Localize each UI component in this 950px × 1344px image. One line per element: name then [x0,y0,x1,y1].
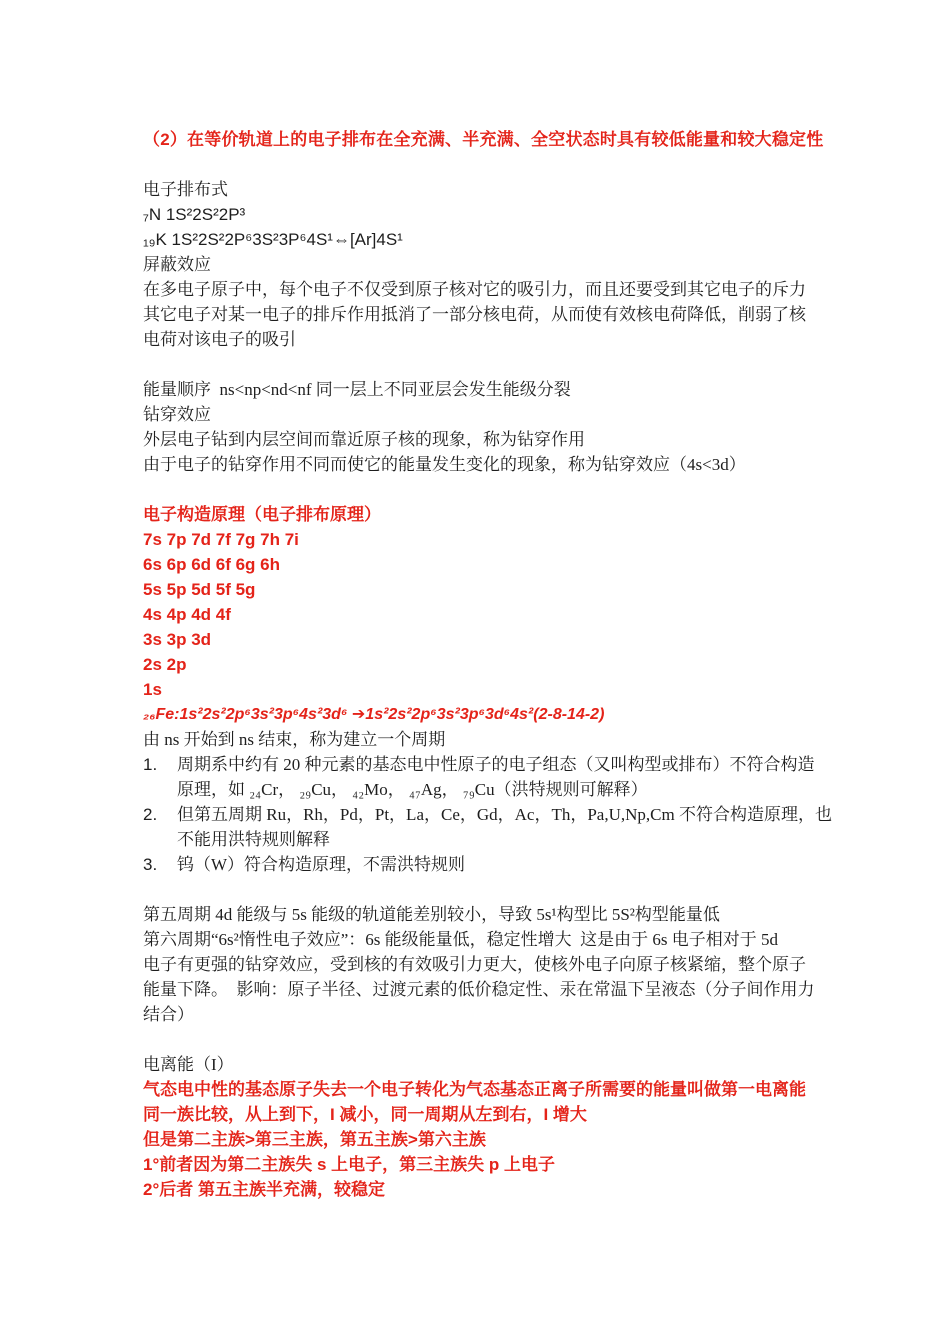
highlight-red-line: 7s 7p 7d 7f 7g 7h 7i [143,527,835,552]
blank-line [143,1027,835,1052]
body-text-line: 由 ns 开始到 ns 结束，称为建立一个周期 [143,727,835,752]
blank-line [143,877,835,902]
document-content: （2）在等价轨道上的电子排布在全充满、半充满、全空状态时具有较低能量和较大稳定性… [0,0,950,1202]
list-item-continuation: 原理，如 ₂₄Cr， ₂₉Cu， ₄₂Mo， ₄₇Ag， ₇₉Cu（洪特规则可解… [143,777,835,802]
electron-configuration-line: ₁₉K 1S²2S²2P⁶3S²3P⁶4S¹⇔[Ar]4S¹ [143,227,835,252]
electron-configuration-line: ₇N 1S²2S²2P³ [143,202,835,227]
list-item: 3.钨（W）符合构造原理，不需洪特规则 [143,852,835,877]
list-item: 1.周期系中约有 20 种元素的基态电中性原子的电子组态（又叫构型或排布）不符合… [143,752,835,777]
highlight-red-line: 2s 2p [143,652,835,677]
body-text-line: 其它电子对某一电子的排斥作用抵消了一部分核电荷，从而使有效核电荷降低，削弱了核 [143,302,835,327]
highlight-red-line: 同一族比较，从上到下，I 减小，同一周期从左到右，I 增大 [143,1102,835,1127]
body-text-line: 外层电子钻到内层空间而靠近原子核的现象，称为钻穿作用 [143,427,835,452]
body-text-line: 结合） [143,1002,835,1027]
list-item-text: 钨（W）符合构造原理，不需洪特规则 [177,852,835,877]
list-number: 2. [143,802,177,827]
body-text-line: 电荷对该电子的吸引 [143,327,835,352]
list-item: 2.但第五周期 Ru，Rh，Pd，Pt，La，Ce，Gd，Ac，Th，Pa,U,… [143,802,835,827]
body-text-line: 钻穿效应 [143,402,835,427]
highlight-red-line: 1°前者因为第二主族失 s 上电子，第三主族失 p 上电子 [143,1152,835,1177]
section-heading: （2）在等价轨道上的电子排布在全充满、半充满、全空状态时具有较低能量和较大稳定性 [143,127,835,152]
list-item-continuation: 不能用洪特规则解释 [143,827,835,852]
list-number: 3. [143,852,177,877]
highlight-red-line: 4s 4p 4d 4f [143,602,835,627]
fe-configuration-line: ₂₆Fe:1s²2s²2p⁶3s²3p⁶4s²3d⁶ ➔1s²2s²2p⁶3s²… [143,702,835,727]
highlight-red-line: 3s 3p 3d [143,627,835,652]
body-text-line: 由于电子的钻穿作用不同而使它的能量发生变化的现象，称为钻穿效应（4s<3d） [143,452,835,477]
highlight-red-line: 1s [143,677,835,702]
highlight-red-line: 电子构造原理（电子排布原理） [143,502,835,527]
body-text-line: 电子排布式 [143,177,835,202]
blank-line [143,477,835,502]
highlight-red-line: 5s 5p 5d 5f 5g [143,577,835,602]
body-text-line: 屏蔽效应 [143,252,835,277]
body-text-line: 能量顺序 ns<np<nd<nf 同一层上不同亚层会发生能级分裂 [143,377,835,402]
list-item-text: 但第五周期 Ru，Rh，Pd，Pt，La，Ce，Gd，Ac，Th，Pa,U,Np… [177,802,835,827]
highlight-red-line: 2°后者 第五主族半充满，较稳定 [143,1177,835,1202]
body-text-line: 电子有更强的钻穿效应，受到核的有效吸引力更大，使核外电子向原子核紧缩，整个原子 [143,952,835,977]
list-item-text: 周期系中约有 20 种元素的基态电中性原子的电子组态（又叫构型或排布）不符合构造 [177,752,835,777]
highlight-red-line: 6s 6p 6d 6f 6g 6h [143,552,835,577]
blank-line [143,352,835,377]
highlight-red-line: 气态电中性的基态原子失去一个电子转化为气态基态正离子所需要的能量叫做第一电离能 [143,1077,835,1102]
body-text-line: 能量下降。 影响：原子半径、过渡元素的低价稳定性、汞在常温下呈液态（分子间作用力 [143,977,835,1002]
body-text-line: 电离能（I） [143,1052,835,1077]
document-page: （2）在等价轨道上的电子排布在全充满、半充满、全空状态时具有较低能量和较大稳定性… [0,0,950,1344]
blank-line [143,152,835,177]
body-text-line: 第六周期“6s²惰性电子效应”：6s 能级能量低，稳定性增大 这是由于 6s 电… [143,927,835,952]
highlight-red-line: 但是第二主族>第三主族，第五主族>第六主族 [143,1127,835,1152]
body-text-line: 在多电子原子中，每个电子不仅受到原子核对它的吸引力，而且还要受到其它电子的斥力 [143,277,835,302]
body-text-line: 第五周期 4d 能级与 5s 能级的轨道能差别较小，导致 5s¹构型比 5S²构… [143,902,835,927]
list-number: 1. [143,752,177,777]
